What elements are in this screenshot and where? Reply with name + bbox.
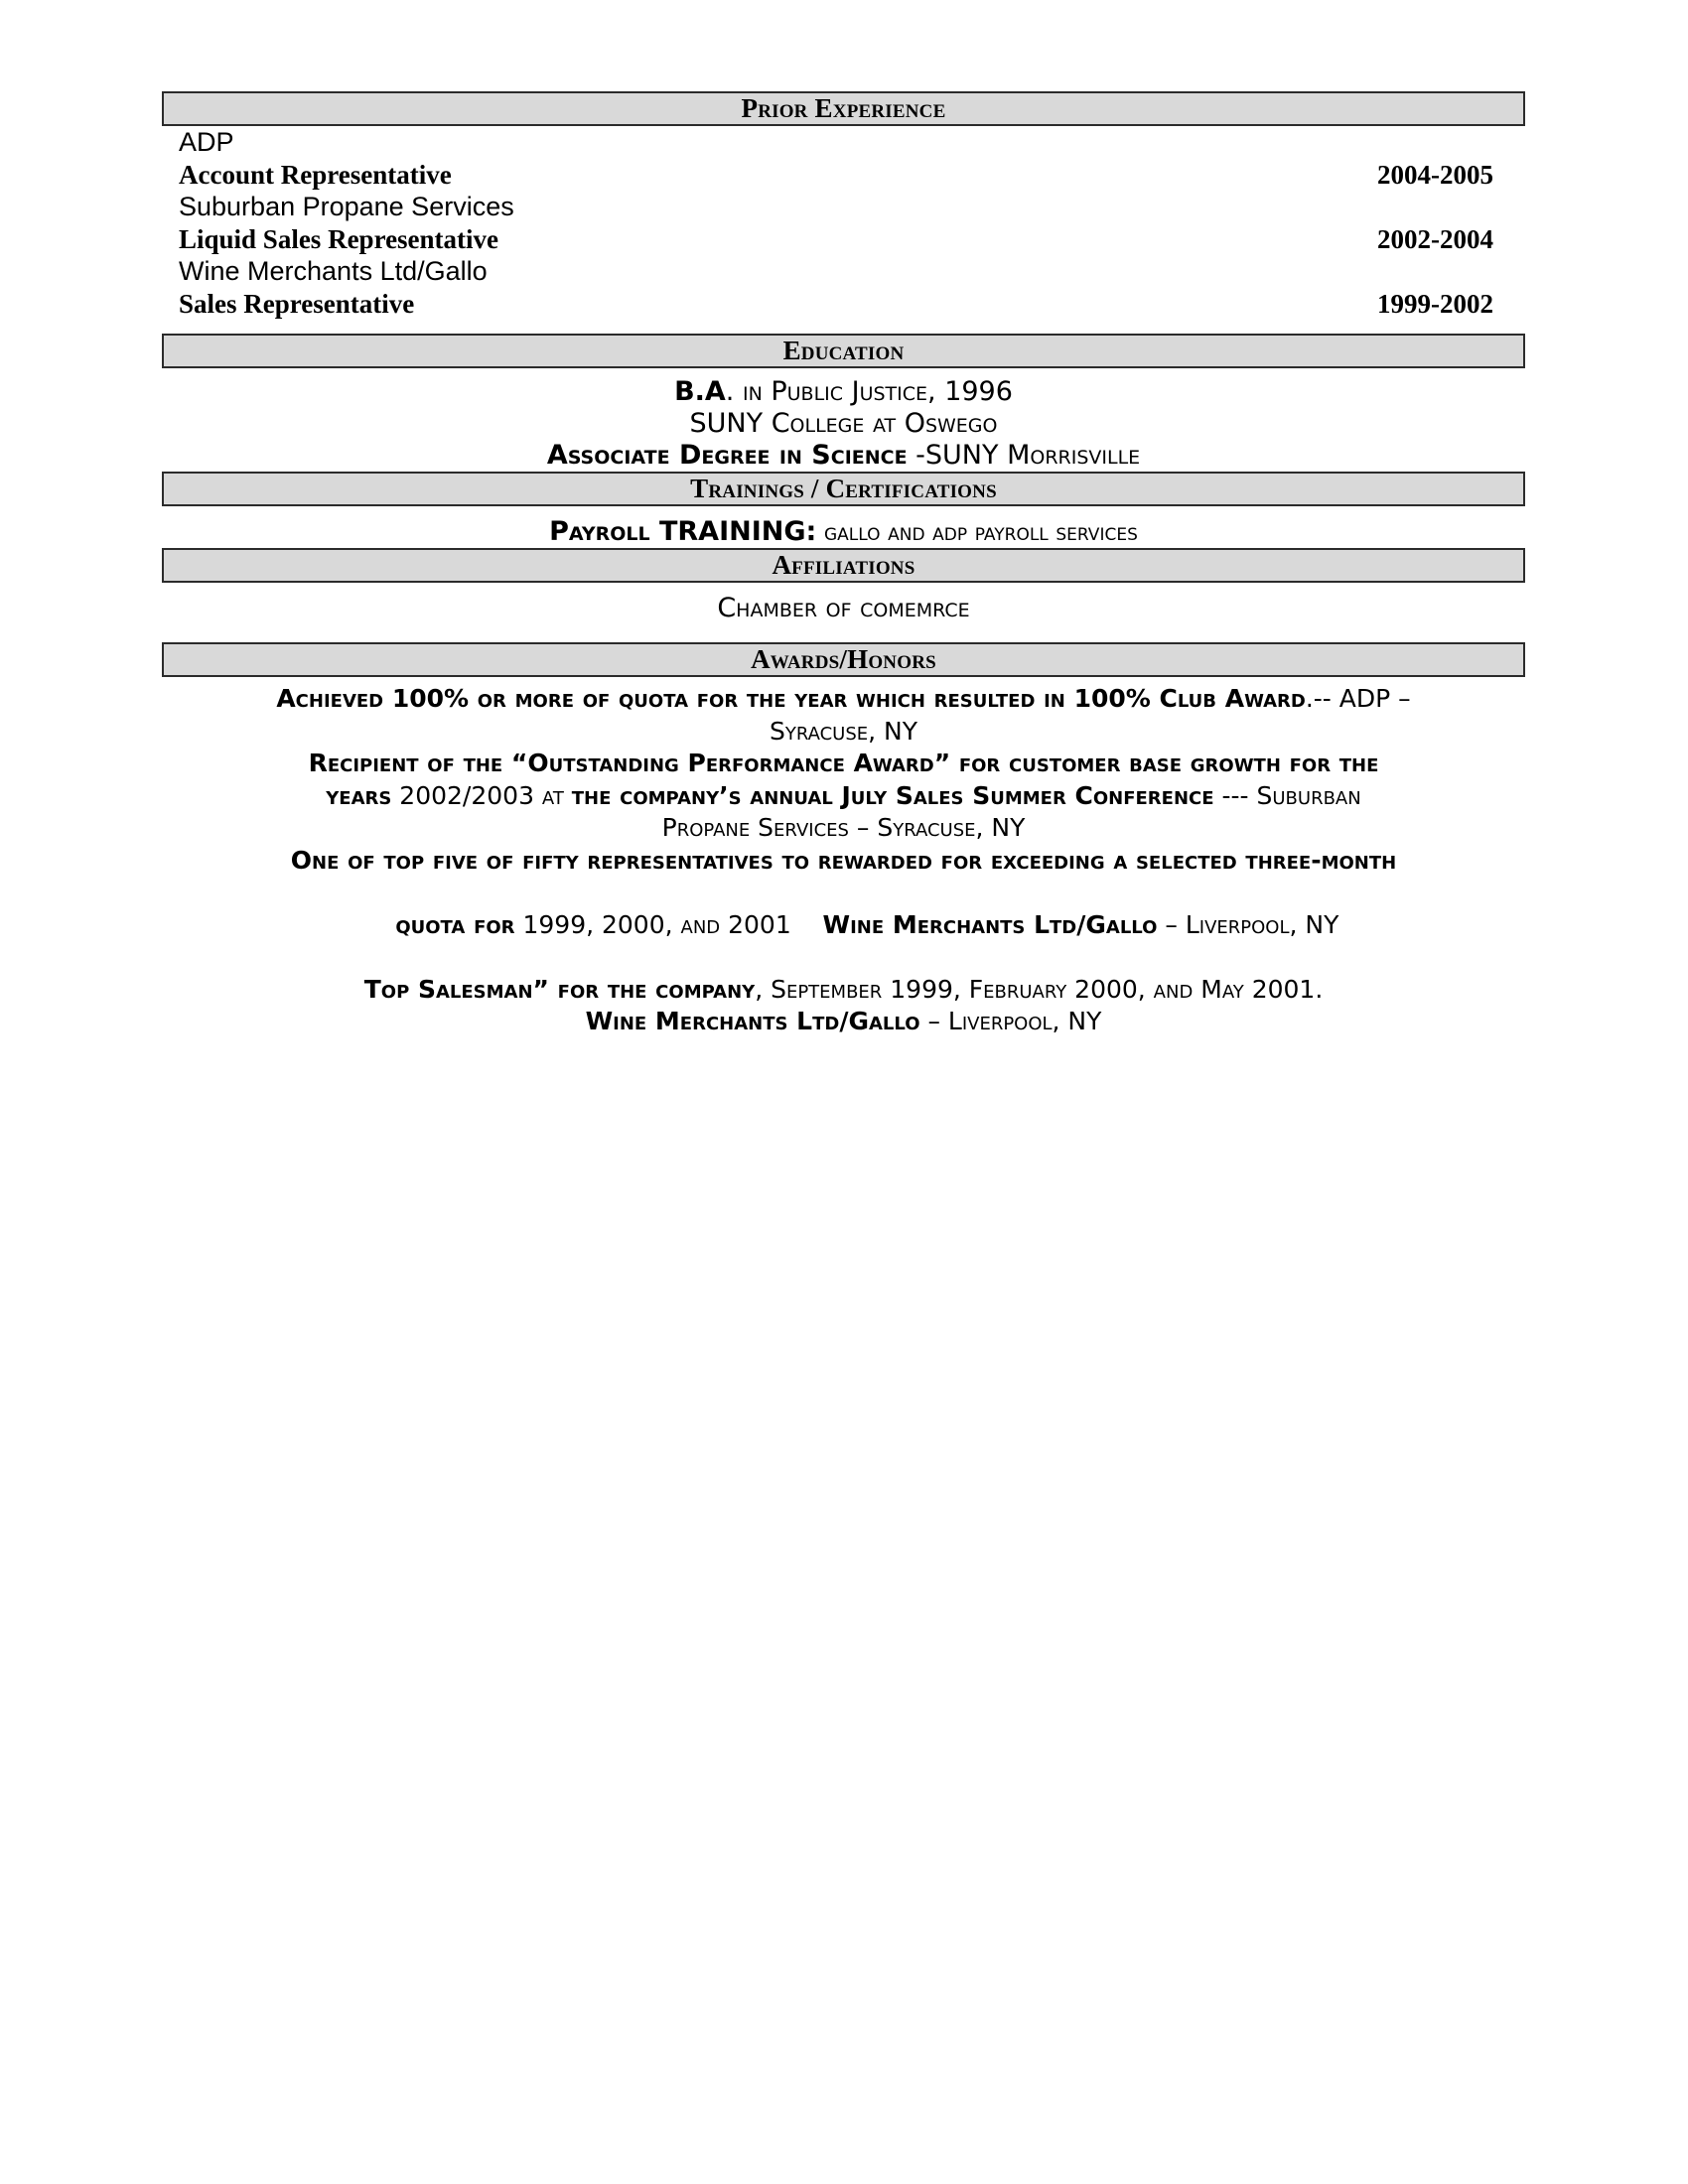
award-item-line: years 2002/2003 at the company’s annual …: [162, 780, 1525, 813]
experience-company-row: Suburban Propane Services: [162, 191, 1525, 223]
award-title: Achieved 100% or more of quota for the y…: [276, 684, 1306, 713]
job-years: 2002-2004: [1377, 223, 1493, 256]
award-item-line: Wine Merchants Ltd/Gallo – Liverpool, NY: [162, 1006, 1525, 1038]
section-header-trainings: Trainings / Certifications: [162, 472, 1525, 506]
award-detail: .-- ADP –: [1306, 684, 1411, 713]
section-header-prior-experience: Prior Experience: [162, 91, 1525, 126]
award-location: – Liverpool, NY: [1157, 910, 1338, 939]
award-title: Top Salesman” for the company: [364, 975, 755, 1004]
job-years: 1999-2002: [1377, 288, 1493, 321]
award-location: Propane Services – Syracuse, NY: [162, 812, 1525, 845]
job-title: Liquid Sales Representative: [179, 224, 498, 254]
affiliation-item: Chamber of comemrce: [162, 593, 1525, 624]
section-header-education: Education: [162, 334, 1525, 368]
award-title: the company’s annual July Sales Summer C…: [572, 781, 1214, 810]
award-item: Achieved 100% or more of quota for the y…: [162, 683, 1525, 716]
degree-name: B.A: [674, 376, 726, 407]
company-name: Suburban Propane Services: [179, 192, 514, 221]
experience-title-row: Sales Representative 1999-2002: [162, 288, 1525, 321]
awards-list: Achieved 100% or more of quota for the y…: [162, 683, 1525, 1038]
education-degree-associate: Associate Degree in Science -SUNY Morris…: [162, 440, 1525, 472]
award-item: Recipient of the “Outstanding Performanc…: [162, 748, 1525, 780]
training-label-caps: TRAINING:: [650, 516, 817, 547]
company-name: ADP: [179, 127, 234, 157]
experience-company-row: ADP: [162, 126, 1525, 159]
experience-title-row: Liquid Sales Representative 2002-2004: [162, 223, 1525, 256]
education-school: SUNY College at Oswego: [162, 408, 1525, 440]
experience-title-row: Account Representative 2004-2005: [162, 159, 1525, 192]
section-header-affiliations: Affiliations: [162, 548, 1525, 583]
award-company: Wine Merchants Ltd/Gallo: [823, 910, 1158, 939]
award-item: One of top five of fifty representatives…: [162, 845, 1525, 878]
award-item-line: quota for 1999, 2000, and 2001 Wine Merc…: [162, 877, 1525, 974]
training-item: Payroll TRAINING: gallo and adp payroll …: [162, 516, 1525, 548]
degree-name: Associate Degree in Science: [547, 440, 908, 471]
award-location: Syracuse, NY: [162, 716, 1525, 749]
job-years: 2004-2005: [1377, 159, 1493, 192]
award-location: – Liverpool, NY: [920, 1007, 1102, 1035]
training-detail: gallo and adp payroll services: [816, 518, 1138, 546]
award-item: Top Salesman” for the company, September…: [162, 974, 1525, 1007]
award-detail: , September 1999, February 2000, and May…: [755, 975, 1323, 1004]
award-title: years: [326, 781, 391, 810]
section-header-awards: Awards/Honors: [162, 642, 1525, 677]
experience-list: ADP Account Representative 2004-2005 Sub…: [162, 126, 1525, 320]
award-detail: --- Suburban: [1214, 781, 1361, 810]
award-detail: 2002/2003 at: [391, 781, 571, 810]
degree-detail: -SUNY Morrisville: [908, 440, 1141, 471]
award-title: Recipient of the “Outstanding Performanc…: [309, 749, 1379, 777]
education-degree-ba: B.A. in Public Justice, 1996: [162, 376, 1525, 408]
job-title: Account Representative: [179, 160, 452, 190]
award-title: quota for: [395, 910, 514, 939]
award-title: One of top five of fifty representatives…: [291, 846, 1396, 875]
award-detail: 1999, 2000, and 2001: [515, 910, 823, 939]
experience-company-row: Wine Merchants Ltd/Gallo: [162, 255, 1525, 288]
training-label: Payroll: [549, 516, 649, 547]
award-company: Wine Merchants Ltd/Gallo: [586, 1007, 920, 1035]
job-title: Sales Representative: [179, 289, 414, 319]
resume-page: Prior Experience ADP Account Representat…: [162, 91, 1525, 1038]
degree-detail: . in Public Justice, 1996: [726, 376, 1013, 407]
company-name: Wine Merchants Ltd/Gallo: [179, 256, 488, 286]
